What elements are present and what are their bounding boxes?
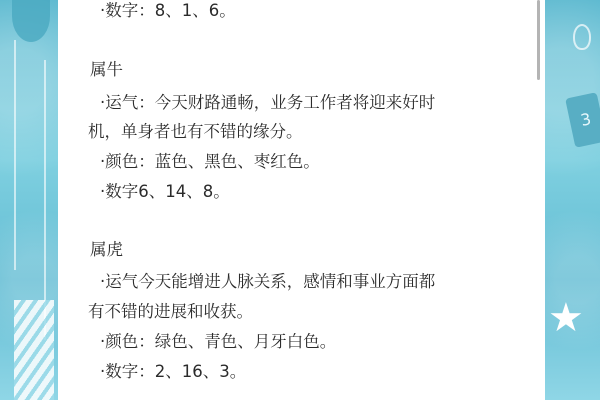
- decorative-line: [14, 40, 16, 270]
- vertical-scrollbar[interactable]: [537, 0, 540, 80]
- ox-number-line: ·数字6、14、8。: [100, 178, 230, 202]
- tiger-number-line: ·数字：2、16、3。: [100, 358, 246, 382]
- ox-fortune-line: ·运气：今天财路通畅，业务工作者将迎来好时: [100, 89, 435, 113]
- left-decorative-background: [0, 0, 58, 400]
- ox-fortune-line-cont: 机，单身者也有不错的缘分。: [88, 118, 303, 142]
- star-decoration-icon: ★: [548, 298, 584, 338]
- rat-number-line: ·数字：8、1、6。: [100, 0, 236, 21]
- tiger-fortune-line: ·运气今天能增进人脉关系，感情和事业方面都: [100, 268, 435, 292]
- ox-color-line: ·颜色：蓝色、黑色、枣红色。: [100, 148, 320, 172]
- decorative-line: [44, 60, 46, 340]
- piano-keys-decoration-icon: [14, 300, 54, 400]
- tiger-color-line: ·颜色：绿色、青色、月牙白色。: [100, 328, 336, 352]
- section-heading-tiger: 属虎: [90, 236, 123, 260]
- moon-decoration-icon: [12, 0, 50, 42]
- section-heading-ox: 属牛: [90, 56, 123, 80]
- tiger-fortune-line-cont: 有不错的进展和收获。: [88, 298, 253, 322]
- drop-decoration-icon: [573, 24, 591, 50]
